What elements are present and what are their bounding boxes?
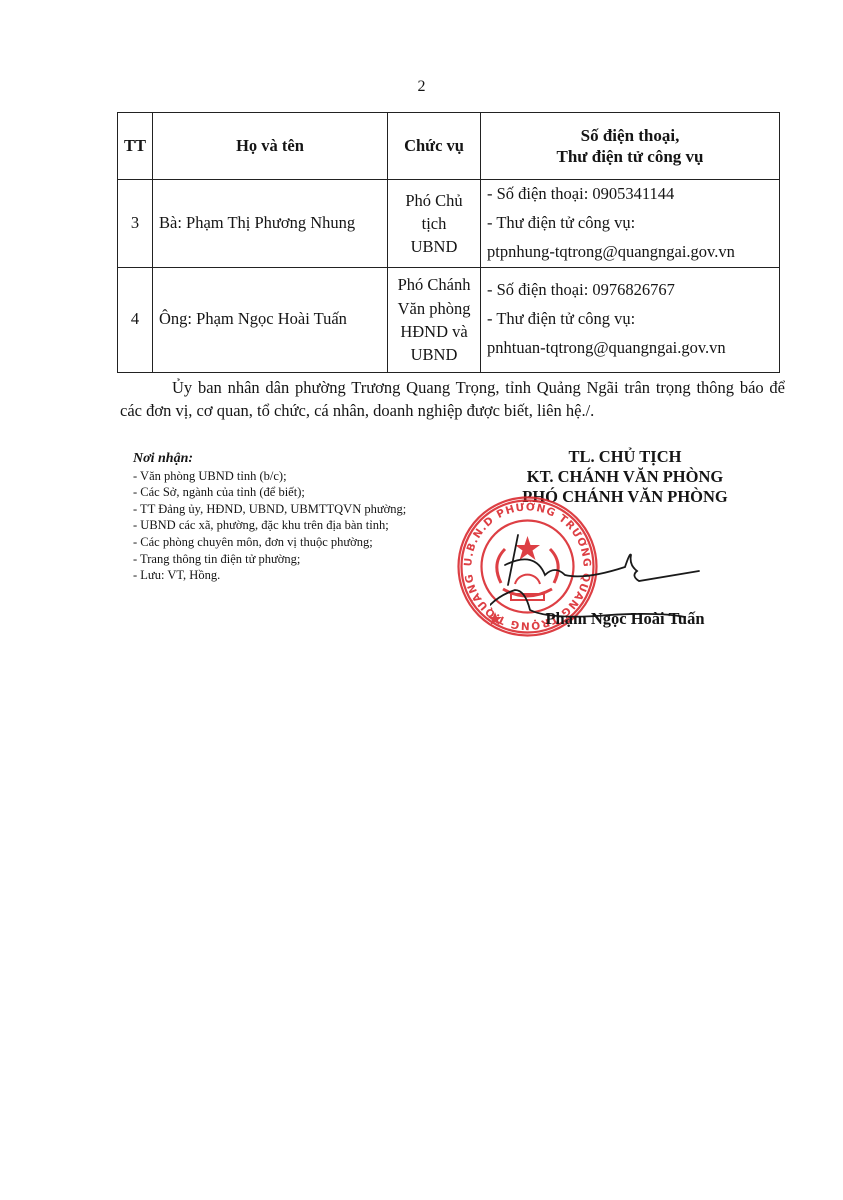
phone-number: - Số điện thoại: 0976826767 [487,276,773,305]
closing-paragraph: Ủy ban nhân dân phường Trương Quang Trọn… [120,376,785,422]
role-line: Phó Chánh [394,273,474,296]
signer-name: Phạm Ngọc Hoài Tuấn [525,609,725,629]
role-line: HĐND và [394,320,474,343]
recipient-item: - Trang thông tin điện tử phường; [133,551,473,568]
email-address[interactable]: pnhtuan-tqtrong@quangngai.gov.vn [487,334,773,363]
phone-number: - Số điện thoại: 0905341144 [487,180,773,209]
role-line: UBND [394,343,474,366]
header-contact-line2: Thư điện tử công vụ [487,146,773,167]
recipients-block: Nơi nhận: - Văn phòng UBND tỉnh (b/c); -… [133,451,473,584]
role-line: Văn phòng [394,297,474,320]
header-contact: Số điện thoại, Thư điện tử công vụ [481,113,780,180]
row-name: Bà: Phạm Thị Phương Nhung [153,180,388,268]
role-line: UBND [394,235,474,258]
signature-title-line2: KT. CHÁNH VĂN PHÒNG [480,467,770,487]
email-address[interactable]: ptpnhung-tqtrong@quangngai.gov.vn [487,238,773,267]
header-contact-line1: Số điện thoại, [487,125,773,146]
header-role: Chức vụ [388,113,481,180]
recipient-item: - Các phòng chuyên môn, đơn vị thuộc phư… [133,534,473,551]
recipient-item: - Lưu: VT, Hồng. [133,567,473,584]
closing-text: Ủy ban nhân dân phường Trương Quang Trọn… [120,376,785,422]
table-row: 3 Bà: Phạm Thị Phương Nhung Phó Chủ tịch… [118,180,780,268]
row-name: Ông: Phạm Ngọc Hoài Tuấn [153,267,388,372]
email-label: - Thư điện tử công vụ: [487,209,773,238]
contacts-table: TT Họ và tên Chức vụ Số điện thoại, Thư … [117,112,780,373]
role-line: Phó Chủ [394,189,474,212]
row-role: Phó Chánh Văn phòng HĐND và UBND [388,267,481,372]
row-contact: - Số điện thoại: 0905341144 - Thư điện t… [481,180,780,268]
recipients-heading: Nơi nhận: [133,451,473,468]
row-tt: 3 [118,180,153,268]
role-line: tịch [394,212,474,235]
row-role: Phó Chủ tịch UBND [388,180,481,268]
header-name: Họ và tên [153,113,388,180]
table-row: 4 Ông: Phạm Ngọc Hoài Tuấn Phó Chánh Văn… [118,267,780,372]
email-label: - Thư điện tử công vụ: [487,305,773,334]
recipient-item: - TT Đảng ủy, HĐND, UBND, UBMTTQVN phườn… [133,501,473,518]
recipient-item: - Các Sở, ngành của tỉnh (để biết); [133,484,473,501]
table-header-row: TT Họ và tên Chức vụ Số điện thoại, Thư … [118,113,780,180]
row-contact: - Số điện thoại: 0976826767 - Thư điện t… [481,267,780,372]
recipient-item: - Văn phòng UBND tỉnh (b/c); [133,468,473,485]
header-tt: TT [118,113,153,180]
signature-title-line1: TL. CHỦ TỊCH [480,447,770,467]
recipient-item: - UBND các xã, phường, đặc khu trên địa … [133,517,473,534]
page-number: 2 [0,78,843,96]
row-tt: 4 [118,267,153,372]
